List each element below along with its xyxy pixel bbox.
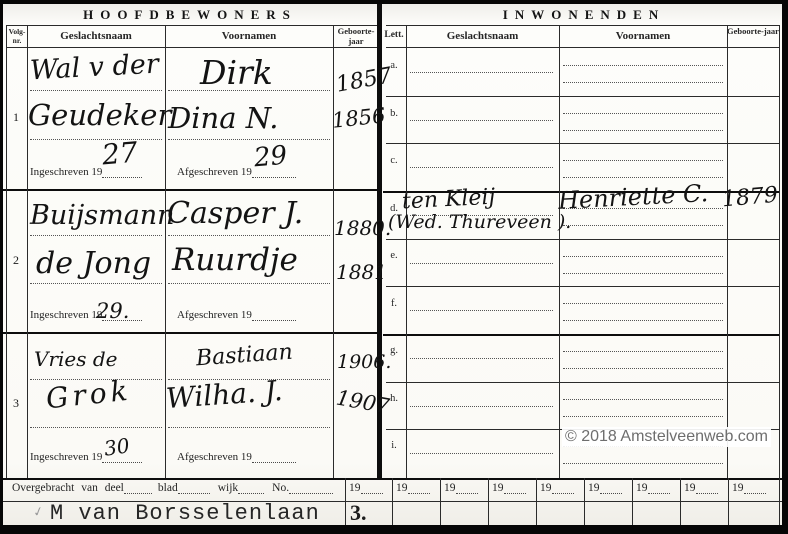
rule-line bbox=[440, 478, 441, 525]
col-header-surname-right: Geslachtsnaam bbox=[406, 30, 559, 42]
transfer-row: Overgebracht van deel blad wijk No. bbox=[12, 482, 333, 494]
col-header-volgnr: Volg-nr. bbox=[7, 27, 27, 45]
dotted-leader bbox=[238, 482, 264, 494]
wijk-label: wijk bbox=[218, 482, 238, 494]
dotted-leader bbox=[744, 482, 766, 494]
dotted-writing-line bbox=[563, 130, 723, 131]
dotted-writing-line bbox=[30, 139, 162, 140]
dotted-writing-line bbox=[563, 273, 723, 274]
col-header-birthyear-left: Geboorte-jaar bbox=[334, 26, 378, 46]
rule-line bbox=[536, 478, 537, 525]
dotted-writing-line bbox=[563, 368, 723, 369]
dotted-writing-line bbox=[410, 406, 553, 407]
handwritten-firstnames: Dirk bbox=[200, 56, 273, 89]
population-register-scan: HOOFDBEWONERS INWONENDEN Volg-nr. Geslac… bbox=[0, 0, 788, 534]
dotted-writing-line bbox=[563, 416, 723, 417]
dotted-writing-line bbox=[563, 303, 723, 304]
rule-line bbox=[728, 478, 729, 525]
row-letter: a. bbox=[385, 60, 403, 71]
rule-line bbox=[386, 286, 779, 287]
rule-line bbox=[680, 478, 681, 525]
dotted-writing-line bbox=[563, 320, 723, 321]
left-section-title: HOOFDBEWONERS bbox=[40, 7, 340, 23]
row-letter: c. bbox=[385, 155, 403, 166]
afgeschreven-label: Afgeschreven 19 bbox=[177, 309, 296, 321]
row-letter: e. bbox=[385, 250, 403, 261]
rule-line bbox=[584, 478, 585, 525]
row-number: 3 bbox=[8, 396, 24, 411]
row-number: 2 bbox=[8, 253, 24, 268]
rule-line bbox=[386, 96, 779, 97]
dotted-writing-line bbox=[168, 283, 330, 284]
street-stamp: M van Borsselenlaan bbox=[50, 501, 320, 526]
handwritten-firstnames: Wilha. J. bbox=[165, 377, 283, 413]
row-letter: g. bbox=[385, 345, 403, 356]
dotted-writing-line bbox=[563, 65, 723, 66]
year-cell: 19 bbox=[636, 482, 670, 494]
year-cell: 19 bbox=[396, 482, 430, 494]
afgeschreven-label: Afgeschreven 19 bbox=[177, 166, 296, 178]
dotted-leader bbox=[102, 309, 142, 321]
col-header-firstnames-right: Voornamen bbox=[559, 30, 727, 42]
handwritten-firstnames: Henriette C. bbox=[557, 181, 708, 213]
handwritten-firstnames: Dina N. bbox=[168, 104, 278, 133]
dotted-leader bbox=[696, 482, 718, 494]
rule-line bbox=[333, 25, 334, 478]
col-header-birthyear-right: Geboorte-jaar bbox=[727, 26, 779, 36]
dotted-leader bbox=[178, 482, 210, 494]
rule-line bbox=[727, 25, 728, 478]
dotted-leader bbox=[504, 482, 526, 494]
rule-line bbox=[488, 478, 489, 525]
dotted-writing-line bbox=[563, 351, 723, 352]
rule-line bbox=[559, 25, 560, 478]
col-header-surname-left: Geslachtsnaam bbox=[27, 30, 165, 42]
handwritten-surname: Geudeker bbox=[28, 101, 171, 130]
year-cell: 19 bbox=[588, 482, 622, 494]
handwritten-surname: ten Kleij bbox=[401, 187, 495, 214]
house-number: 3. bbox=[350, 500, 367, 526]
rule-line bbox=[386, 239, 779, 240]
rule-line bbox=[3, 332, 378, 334]
rule-line bbox=[165, 25, 166, 478]
dotted-leader bbox=[361, 482, 383, 494]
rule-line bbox=[6, 25, 378, 26]
dotted-leader bbox=[456, 482, 478, 494]
handwritten-firstnames: Casper J. bbox=[167, 199, 303, 229]
dotted-leader bbox=[124, 482, 152, 494]
dotted-writing-line bbox=[30, 283, 162, 284]
dotted-leader bbox=[648, 482, 670, 494]
handwritten-surname: Buijsmann bbox=[30, 202, 175, 229]
year-cell: 19 bbox=[684, 482, 718, 494]
year-cell: 19 bbox=[540, 482, 574, 494]
dotted-leader bbox=[252, 309, 296, 321]
handwritten-year: 1880. bbox=[334, 218, 391, 238]
dotted-writing-line bbox=[410, 263, 553, 264]
dotted-writing-line bbox=[410, 72, 553, 73]
dotted-writing-line bbox=[563, 82, 723, 83]
dotted-writing-line bbox=[563, 113, 723, 114]
dotted-writing-line bbox=[410, 120, 553, 121]
dotted-writing-line bbox=[563, 160, 723, 161]
handwritten-year: 1856 bbox=[331, 105, 386, 131]
rule-line bbox=[386, 382, 779, 383]
rule-line bbox=[386, 47, 779, 48]
row-letter: f. bbox=[385, 298, 403, 309]
dotted-writing-line bbox=[168, 235, 330, 236]
year-cell: 19 bbox=[444, 482, 478, 494]
handwritten-ingeschreven-year: 27 bbox=[101, 139, 139, 170]
dotted-leader bbox=[252, 451, 296, 463]
handwritten-firstnames: Ruurdje bbox=[172, 245, 298, 276]
handwritten-surname: de Jong bbox=[36, 249, 151, 279]
dotted-writing-line bbox=[410, 358, 553, 359]
dotted-leader bbox=[289, 482, 333, 494]
no-label: No. bbox=[272, 482, 289, 494]
rule-line bbox=[383, 334, 779, 336]
dotted-writing-line bbox=[30, 90, 162, 91]
handwritten-surname: Vries de bbox=[34, 349, 118, 369]
year-cell: 19 bbox=[492, 482, 526, 494]
ingeschreven-label: Ingeschreven 19 bbox=[30, 451, 142, 463]
handwritten-year: 1879 bbox=[721, 185, 779, 212]
rule-line bbox=[386, 143, 779, 144]
dotted-writing-line bbox=[563, 256, 723, 257]
dotted-writing-line bbox=[563, 225, 723, 226]
rule-line bbox=[406, 25, 407, 478]
afgeschreven-label: Afgeschreven 19 bbox=[177, 451, 296, 463]
dotted-leader bbox=[408, 482, 430, 494]
row-letter: b. bbox=[385, 108, 403, 119]
rule-line bbox=[632, 478, 633, 525]
row-number: 1 bbox=[8, 110, 24, 125]
rule-line bbox=[779, 478, 780, 525]
dotted-writing-line bbox=[563, 399, 723, 400]
dotted-writing-line bbox=[563, 177, 723, 178]
rule-line bbox=[27, 25, 28, 478]
rule-line bbox=[6, 47, 378, 48]
dotted-leader bbox=[252, 166, 296, 178]
rule-line bbox=[392, 478, 393, 525]
dotted-leader bbox=[102, 451, 142, 463]
ingeschreven-label: Ingeschreven 19 bbox=[30, 166, 142, 178]
dotted-writing-line bbox=[168, 139, 330, 140]
col-header-letter: Lett. bbox=[381, 30, 407, 40]
rule-line bbox=[386, 25, 779, 26]
handwritten-surname: Wal v der bbox=[29, 51, 159, 85]
year-cell: 19 bbox=[732, 482, 766, 494]
rule-line bbox=[3, 189, 378, 191]
row-letter: h. bbox=[385, 393, 403, 404]
dotted-leader bbox=[552, 482, 574, 494]
rule-line bbox=[6, 25, 7, 478]
rule-line bbox=[779, 25, 780, 478]
dotted-writing-line bbox=[410, 167, 553, 168]
dotted-writing-line bbox=[410, 310, 553, 311]
transfer-label: Overgebracht van deel bbox=[12, 482, 124, 494]
dotted-leader bbox=[600, 482, 622, 494]
year-cell: 19 bbox=[349, 482, 383, 494]
rule-line bbox=[345, 478, 346, 525]
dotted-writing-line bbox=[168, 427, 330, 428]
dotted-writing-line bbox=[410, 453, 553, 454]
handwritten-surname-note: (Wed. Thureveen ). bbox=[388, 213, 571, 232]
dotted-leader bbox=[102, 166, 142, 178]
dotted-writing-line bbox=[30, 235, 162, 236]
col-header-firstnames-left: Voornamen bbox=[165, 30, 333, 42]
dotted-writing-line bbox=[30, 427, 162, 428]
dotted-writing-line bbox=[563, 463, 723, 464]
copyright-watermark: © 2018 Amstelveenweb.com bbox=[562, 427, 771, 447]
row-letter: i. bbox=[385, 440, 403, 451]
handwritten-year: 1881 bbox=[336, 262, 387, 282]
handwritten-year: 1906. bbox=[337, 353, 391, 372]
ingeschreven-label: Ingeschreven 19 bbox=[30, 309, 142, 321]
blad-label: blad bbox=[158, 482, 178, 494]
right-section-title: INWONENDEN bbox=[434, 7, 734, 23]
